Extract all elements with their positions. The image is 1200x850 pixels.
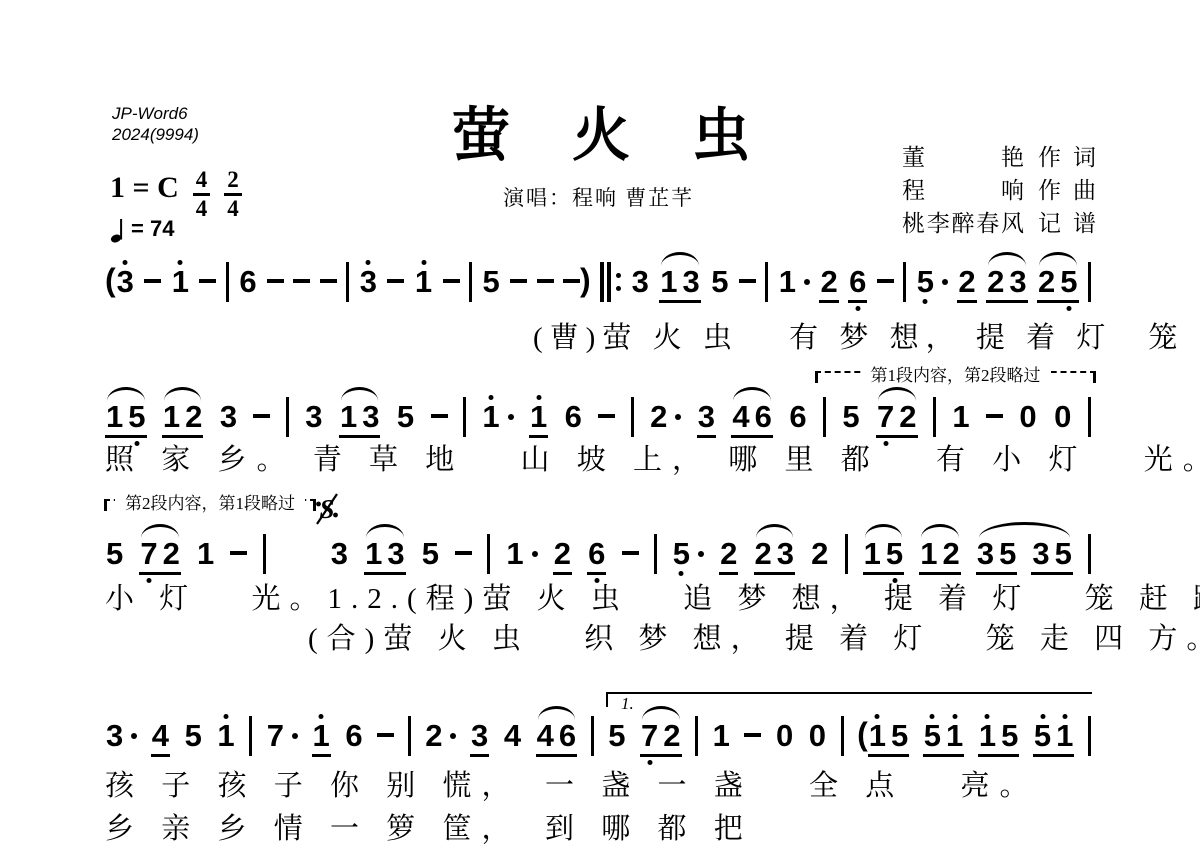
- note: 1: [660, 266, 677, 297]
- music-token: 4: [503, 720, 522, 751]
- barline: [654, 534, 657, 574]
- duration-dash: [230, 551, 247, 555]
- barline: [841, 716, 844, 756]
- note: 3: [632, 266, 649, 297]
- augmentation-dot: [450, 733, 456, 739]
- composer-name: 程响: [902, 174, 1024, 207]
- barline: [765, 262, 768, 302]
- note-digit: 1: [946, 718, 963, 753]
- note-group: 23: [754, 538, 796, 575]
- music-token: 2: [810, 538, 829, 569]
- note-digit: 5: [106, 536, 123, 571]
- note: 1: [340, 401, 357, 432]
- barline: [249, 716, 252, 756]
- note-group: 6: [344, 720, 363, 751]
- music-token: 51: [923, 720, 965, 757]
- music-token: 1: [312, 720, 331, 757]
- duration-dash: [563, 279, 580, 283]
- note: 1: [864, 538, 881, 569]
- tempo-marking: = 74: [110, 214, 174, 244]
- note-digit: 1: [530, 399, 547, 434]
- note: 6: [588, 538, 605, 569]
- octave-dot-high: [224, 714, 229, 719]
- note-digit: 7: [140, 536, 157, 571]
- slur-arc: [107, 387, 145, 401]
- note-group: 5: [481, 266, 500, 297]
- note-digit: 1: [106, 399, 123, 434]
- note-group: 1: [951, 401, 970, 432]
- barline: [463, 397, 466, 437]
- slur-arc: [979, 522, 1070, 538]
- slur-arc: [921, 524, 959, 538]
- music-token: 5: [672, 538, 704, 569]
- music-token: [510, 266, 527, 283]
- note-digit: 1: [217, 718, 234, 753]
- note: 1: [1056, 720, 1073, 751]
- note-digit: 5: [842, 399, 859, 434]
- note: 1: [920, 538, 937, 569]
- note-digit: 3: [1032, 536, 1049, 571]
- music-token: 15: [978, 720, 1020, 757]
- note-group: 3: [219, 401, 238, 432]
- note: 2: [650, 401, 667, 432]
- note-group: 0: [775, 720, 794, 751]
- music-token: [622, 538, 639, 555]
- octave-dot-high: [319, 714, 324, 719]
- note-group: 1: [312, 720, 331, 757]
- note-digit: 2: [958, 264, 975, 299]
- duration-dash: [253, 414, 270, 418]
- music-token: 2: [819, 266, 838, 303]
- music-token: [1088, 401, 1091, 437]
- music-token: 1: [712, 720, 731, 751]
- note-digit: 3: [305, 399, 322, 434]
- octave-dot-low: [647, 760, 652, 765]
- octave-dot-low: [679, 571, 684, 576]
- music-token: 2: [649, 401, 681, 432]
- music-token: [933, 401, 936, 437]
- music-token: 5: [421, 538, 440, 569]
- note: 7: [140, 538, 157, 569]
- note-digit: 1: [952, 399, 969, 434]
- barline: [591, 716, 594, 756]
- credit-transcriber: 桃李醉春风 记谱: [902, 207, 1096, 240]
- note: 3: [117, 266, 134, 297]
- note-group: 6: [564, 401, 583, 432]
- duration-dash: [144, 279, 161, 283]
- note-group: 5: [607, 720, 626, 751]
- note-digit: 1: [415, 264, 432, 299]
- music-token: 2: [424, 720, 456, 751]
- note-group: 72: [876, 401, 918, 438]
- note-group: 5: [916, 266, 935, 297]
- note: 5: [917, 266, 934, 297]
- music-token: 5: [607, 720, 626, 751]
- note-group: 5: [421, 538, 440, 569]
- slur-arc: [164, 387, 202, 401]
- music-token: 1: [196, 538, 215, 569]
- note-digit: 3: [387, 536, 404, 571]
- music-token: [346, 266, 349, 302]
- barline: [695, 716, 698, 756]
- note-group: 1: [505, 538, 524, 569]
- note-digit: 7: [877, 399, 894, 434]
- note: 3: [220, 401, 237, 432]
- note-digit: 1: [163, 399, 180, 434]
- note-digit: 6: [239, 264, 256, 299]
- note: 6: [559, 720, 576, 751]
- note-digit: 5: [482, 264, 499, 299]
- music-token: [765, 266, 768, 302]
- music-token: 23: [986, 266, 1028, 303]
- music-token: 5: [105, 538, 124, 569]
- note-group: 15: [105, 401, 147, 438]
- slur-arc: [661, 252, 699, 266]
- barline: [823, 397, 826, 437]
- note-digit: 2: [820, 264, 837, 299]
- music-token: [431, 401, 448, 418]
- octave-dot-high: [875, 714, 880, 719]
- note: 1: [106, 401, 123, 432]
- note-group: 2: [819, 266, 838, 303]
- music-token: [739, 266, 756, 283]
- note: 5: [924, 720, 941, 751]
- note: 3: [360, 266, 377, 297]
- note-digit: 6: [789, 399, 806, 434]
- music-token: 1: [171, 266, 190, 297]
- note-group: 2: [553, 538, 572, 575]
- note-group: 2: [424, 720, 443, 751]
- performers-line: 演唱：程响 曹芷芊: [503, 182, 694, 212]
- duration-dash: [455, 551, 472, 555]
- note-digit: 3: [220, 399, 237, 434]
- note: 3: [331, 538, 348, 569]
- note: 2: [720, 538, 737, 569]
- volta-1-label: 1.: [621, 694, 634, 714]
- note-group: 2: [719, 538, 738, 575]
- music-token: [841, 720, 844, 756]
- note-group: 12: [919, 538, 961, 575]
- note-group: 3: [359, 266, 378, 297]
- octave-dot-low: [923, 299, 928, 304]
- transcriber-role: 记谱: [1038, 207, 1096, 240]
- music-token: [744, 720, 761, 737]
- note: 3: [471, 720, 488, 751]
- music-token: [293, 266, 310, 283]
- music-token: 6: [587, 538, 606, 575]
- music-token: [443, 266, 460, 283]
- note-group: 3: [697, 401, 716, 438]
- note-group: 6: [587, 538, 606, 575]
- note: 6: [565, 401, 582, 432]
- sheet-music-page: JP-Word6 2024(9994) 萤火虫 演唱：程响 曹芷芊 董艳 作词 …: [0, 0, 1200, 850]
- augmentation-dot: [804, 279, 810, 285]
- note: 3: [362, 401, 379, 432]
- lyrics-line-3-verse2: (合)萤 火 虫 织 梦 想， 提 着 灯 笼 走 四 方。: [308, 623, 1200, 656]
- note-digit: 3: [362, 399, 379, 434]
- note-digit: 1: [340, 399, 357, 434]
- note-digit: 1: [365, 536, 382, 571]
- segno-icon: S: [314, 491, 340, 527]
- music-token: [487, 538, 490, 574]
- music-token: 0: [808, 720, 827, 751]
- note-digit: 3: [331, 536, 348, 571]
- quarter-note-icon: [110, 214, 125, 244]
- music-token: 13: [339, 401, 381, 438]
- note: 3: [683, 266, 700, 297]
- note-digit: 3: [777, 536, 794, 571]
- music-token: [387, 266, 404, 283]
- note: 5: [608, 720, 625, 751]
- note-digit: 4: [152, 718, 169, 753]
- duration-dash: [199, 279, 216, 283]
- note: 2: [185, 401, 202, 432]
- duration-dash: [443, 279, 460, 283]
- slur-arc: [538, 706, 576, 720]
- note: 5: [1001, 720, 1018, 751]
- music-token: 6: [238, 266, 257, 297]
- music-token: [249, 720, 252, 756]
- music-token: [144, 266, 161, 283]
- note-group: 15: [868, 720, 910, 757]
- octave-dot-high: [178, 260, 183, 265]
- octave-dot-high: [366, 260, 371, 265]
- note: 5: [422, 538, 439, 569]
- note-digit: 2: [755, 536, 772, 571]
- barline: [408, 716, 411, 756]
- music-token: 51: [1033, 720, 1075, 757]
- note-group: 2: [649, 401, 668, 432]
- slur-arc: [141, 524, 179, 538]
- music-line-4: 345171623446572100(15511551: [105, 720, 1091, 757]
- note: 1: [365, 538, 382, 569]
- note-digit: 1: [660, 264, 677, 299]
- note-digit: 1: [979, 718, 996, 753]
- music-token: 2: [957, 266, 976, 303]
- music-token: [455, 538, 472, 555]
- lyrics-line-3-verse1: 小 灯 光。1.2.(程)萤 火 虫 追 梦 想， 提 着 灯 笼 赶 路 忙。: [105, 583, 1200, 616]
- note: 6: [789, 401, 806, 432]
- note-group: 1: [778, 266, 797, 297]
- note: 6: [755, 401, 772, 432]
- note: 7: [641, 720, 658, 751]
- note-group: 72: [139, 538, 181, 575]
- time-signature-4-4: 4 4: [193, 168, 211, 221]
- music-token: 5: [841, 401, 860, 432]
- note-group: 6: [848, 266, 867, 303]
- octave-dot-high: [488, 395, 493, 400]
- note-digit: 2: [943, 536, 960, 571]
- music-token: 7: [266, 720, 298, 751]
- barline: [263, 534, 266, 574]
- slur-arc: [642, 706, 680, 720]
- octave-dot-high: [1062, 714, 1067, 719]
- section-bracket-verse1: 第1段内容，第2段略过: [815, 371, 1096, 383]
- note-digit: 0: [776, 718, 793, 753]
- note: 5: [842, 401, 859, 432]
- music-token: 3: [304, 401, 323, 432]
- music-token: [631, 401, 634, 437]
- octave-dot-high: [123, 260, 128, 265]
- note-group-pair: 3535: [976, 538, 1073, 575]
- note-group: 5: [105, 538, 124, 569]
- duration-dash: [744, 733, 761, 737]
- note: 5: [673, 538, 690, 569]
- note: 6: [345, 720, 362, 751]
- open-paren: (: [105, 264, 116, 296]
- music-token: 72: [876, 401, 918, 438]
- duration-dash: [537, 279, 554, 283]
- note-digit: 1: [869, 718, 886, 753]
- note: 1: [779, 266, 796, 297]
- music-token: 12: [919, 538, 961, 575]
- note: 5: [1055, 538, 1072, 569]
- music-token: 0: [775, 720, 794, 751]
- note-group: 15: [863, 538, 905, 575]
- note-group: 1: [216, 720, 235, 751]
- music-token: ): [563, 266, 591, 296]
- note: 2: [987, 266, 1004, 297]
- music-token: 15: [863, 538, 905, 575]
- note-digit: 1: [482, 399, 499, 434]
- composer-role: 作曲: [1038, 174, 1096, 207]
- volta-bracket-1: 1.: [606, 692, 1092, 707]
- slur-arc: [878, 387, 916, 401]
- music-token: 5: [396, 401, 415, 432]
- note-group: 5: [396, 401, 415, 432]
- music-token: 12: [162, 401, 204, 438]
- section-bracket-verse2: 第2段内容，第1段略过: [104, 499, 316, 511]
- note-digit: 2: [899, 399, 916, 434]
- music-token: 1: [778, 266, 810, 297]
- svg-text:S: S: [319, 494, 334, 524]
- note: 3: [698, 401, 715, 432]
- music-token: [463, 401, 466, 437]
- music-token: [1088, 720, 1091, 756]
- slur-arc: [988, 252, 1026, 266]
- music-line-1: (316315)3135126522325: [105, 266, 1091, 303]
- slur-arc: [341, 387, 379, 401]
- note-group: 6: [788, 401, 807, 432]
- music-token: [226, 266, 229, 302]
- note-digit: 6: [849, 264, 866, 299]
- music-token: [598, 401, 615, 418]
- slur-arc: [1039, 252, 1077, 266]
- note-digit: 5: [711, 264, 728, 299]
- lyrics-line-4-verse1: 孩 子 孩 子 你 别 慌， 一 盏 一 盏 全 点 亮。: [105, 770, 1039, 803]
- augmentation-dot: [532, 551, 538, 557]
- note-group: 5: [841, 401, 860, 432]
- note: 3: [387, 538, 404, 569]
- note-digit: 3: [106, 718, 123, 753]
- duration-dash: [267, 279, 284, 283]
- note-group: 3: [330, 538, 349, 569]
- duration-dash: [431, 414, 448, 418]
- octave-dot-low: [855, 306, 860, 311]
- barline: [1088, 262, 1091, 302]
- music-token: 1: [505, 538, 537, 569]
- note-group: 4: [503, 720, 522, 751]
- note-group: 7: [266, 720, 285, 751]
- note-group: 12: [162, 401, 204, 438]
- note: 1: [869, 720, 886, 751]
- note-digit: 5: [886, 536, 903, 571]
- note: 2: [663, 720, 680, 751]
- barline: [933, 397, 936, 437]
- note-digit: 5: [924, 718, 941, 753]
- note-digit: 5: [397, 399, 414, 434]
- note-digit: 0: [809, 718, 826, 753]
- note-digit: 2: [663, 718, 680, 753]
- note-digit: 3: [360, 264, 377, 299]
- note-digit: 5: [917, 264, 934, 299]
- note-digit: 5: [185, 718, 202, 753]
- note: 1: [713, 720, 730, 751]
- note-digit: 5: [608, 718, 625, 753]
- music-token: 15: [105, 401, 147, 438]
- note: 2: [820, 266, 837, 297]
- octave-dot-high: [421, 260, 426, 265]
- note-group: 3: [631, 266, 650, 297]
- note: 0: [809, 720, 826, 751]
- note: 5: [891, 720, 908, 751]
- music-token: [845, 538, 848, 574]
- duration-dash: [510, 279, 527, 283]
- duration-dash: [598, 414, 615, 418]
- note-digit: 2: [163, 536, 180, 571]
- note: 2: [811, 538, 828, 569]
- note-digit: 7: [641, 718, 658, 753]
- music-token: (3: [105, 266, 135, 297]
- note: 1: [952, 401, 969, 432]
- music-token: 3: [330, 538, 349, 569]
- duration-dash: [377, 733, 394, 737]
- music-token: [230, 538, 247, 555]
- music-token: 4: [151, 720, 170, 757]
- note-group: 1: [529, 401, 548, 438]
- music-token: [903, 266, 906, 302]
- note: 1: [530, 401, 547, 432]
- music-token: [600, 266, 621, 302]
- augmentation-dot: [675, 414, 681, 420]
- note-group: 46: [536, 720, 578, 757]
- music-token: (15: [857, 720, 909, 757]
- generator-info: JP-Word6 2024(9994): [112, 103, 199, 145]
- duration-dash: [293, 279, 310, 283]
- music-token: 1: [951, 401, 970, 432]
- duration-dash: [387, 279, 404, 283]
- note: 3: [106, 720, 123, 751]
- music-token: 5: [481, 266, 500, 297]
- note-group: 46: [731, 401, 773, 438]
- note: 3: [777, 538, 794, 569]
- note-digit: 1: [197, 536, 214, 571]
- note-digit: 2: [650, 399, 667, 434]
- note: 2: [554, 538, 571, 569]
- note-group: 5: [672, 538, 691, 569]
- slur-arc: [733, 387, 771, 401]
- note-digit: 5: [1001, 718, 1018, 753]
- music-token: [469, 266, 472, 302]
- note: 6: [849, 266, 866, 297]
- open-paren: (: [857, 718, 868, 750]
- note-digit: 5: [422, 536, 439, 571]
- note-digit: 1: [313, 718, 330, 753]
- note-group: 5: [710, 266, 729, 297]
- note-group: 3: [116, 266, 135, 297]
- note-digit: 2: [987, 264, 1004, 299]
- note: 1: [946, 720, 963, 751]
